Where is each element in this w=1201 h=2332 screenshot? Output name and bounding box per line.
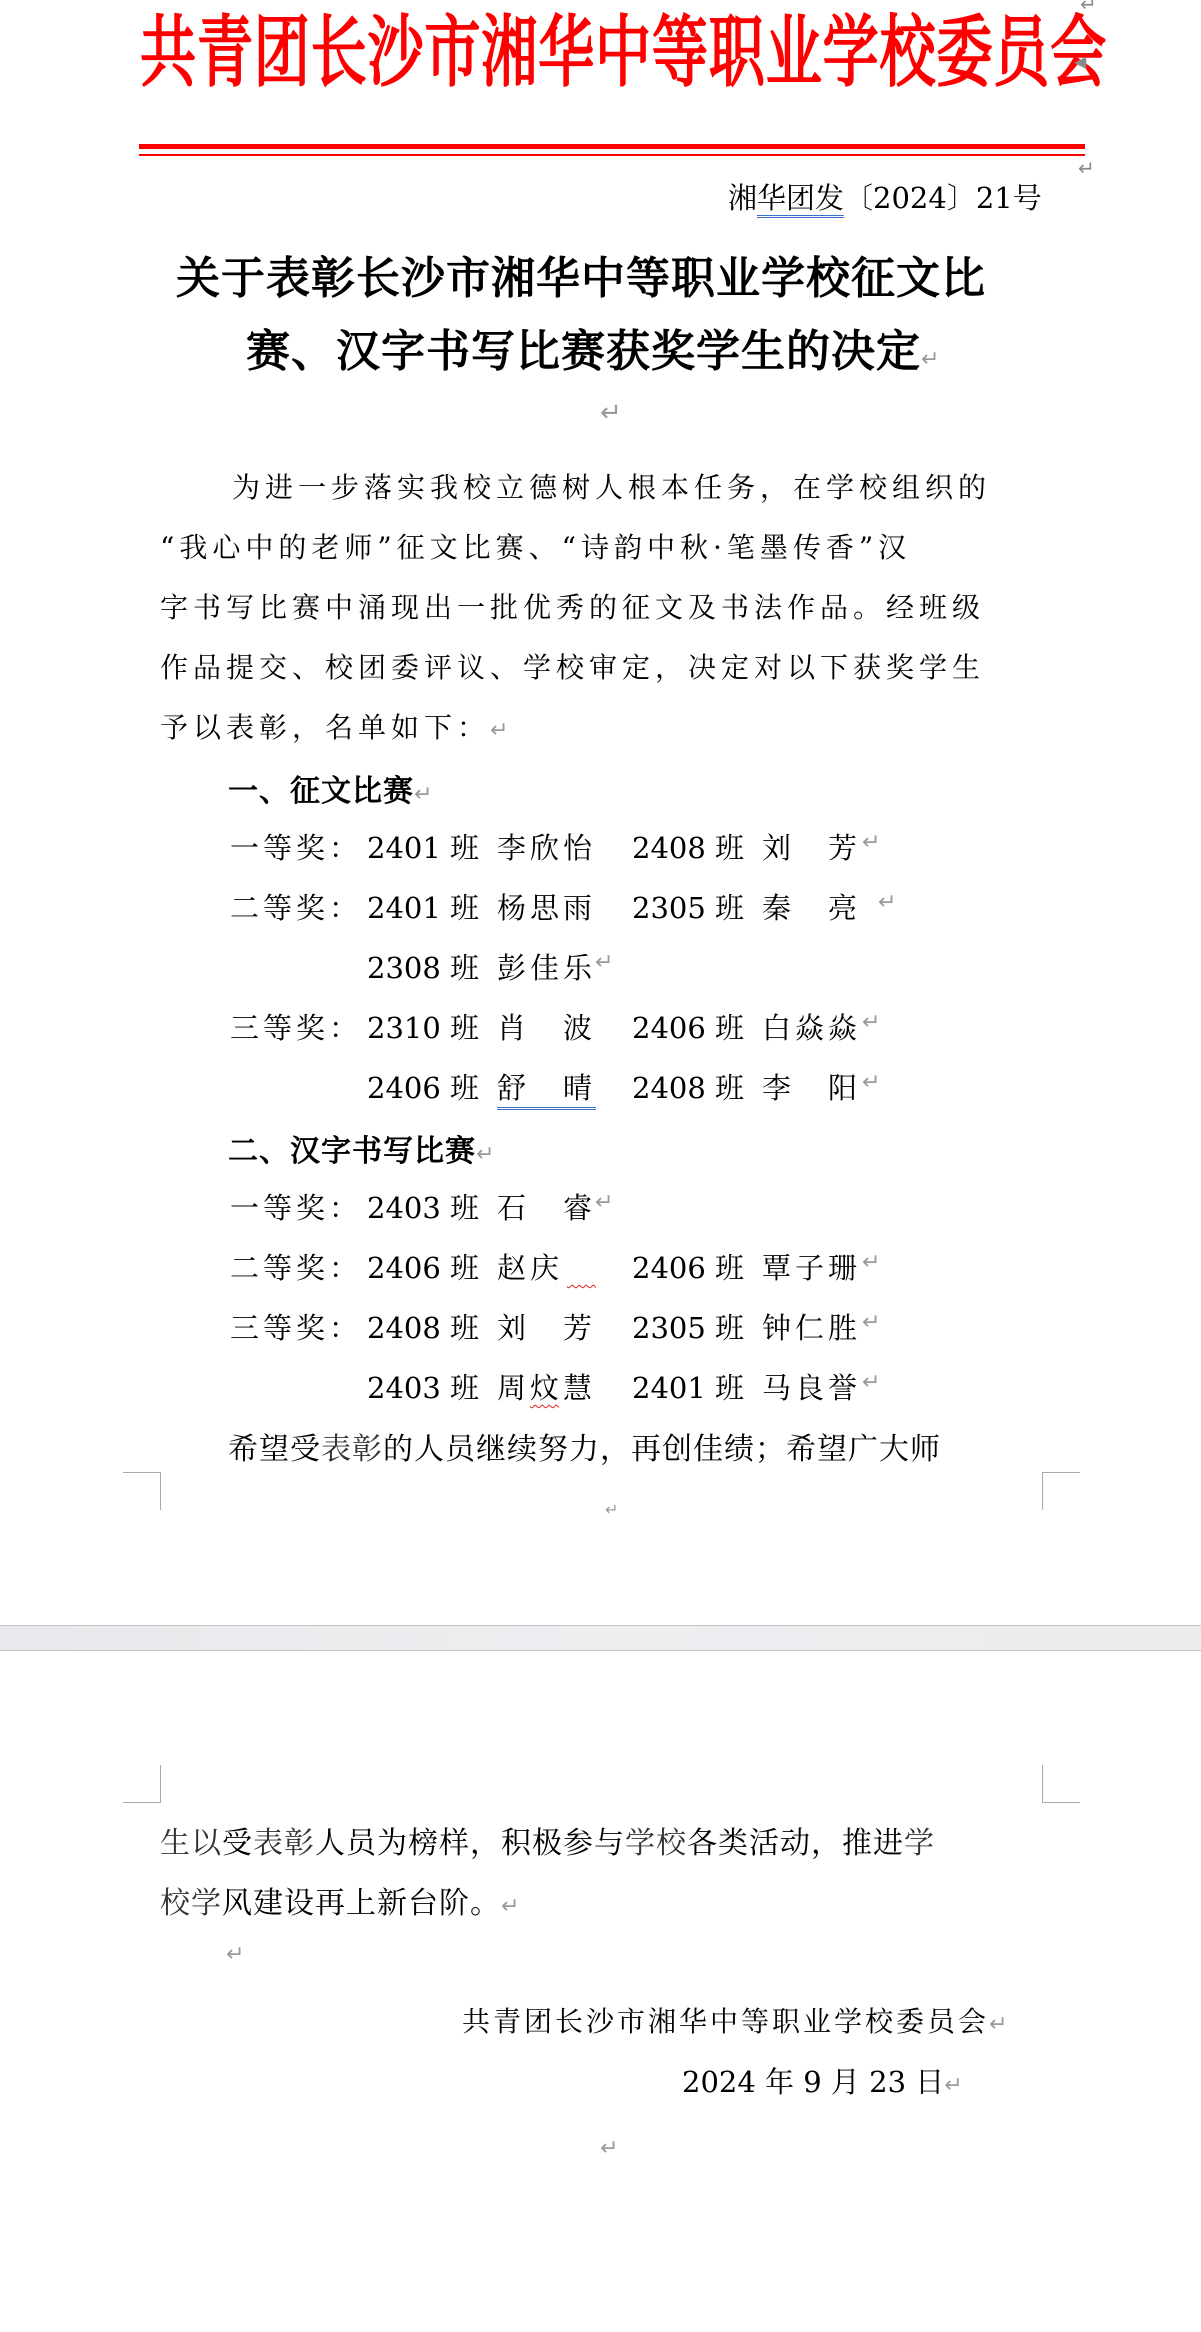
paragraph-mark-icon: ↵ [862,1010,880,1035]
award-label: 一等奖： [230,826,362,867]
award-label: 二等奖： [230,1246,362,1287]
student-name: 白焱焱 [762,1006,861,1047]
award-row: 2403 班 周炆慧 炆 2401 班 马良誉 ↵ [0,1366,1201,1406]
student-name: 刘 芳 [497,1306,596,1347]
award-row: 一等奖： 2403 班 石 睿 ↵ [0,1186,1201,1226]
spellcheck-underlined-text[interactable]: 华团发 [757,181,844,218]
student-name: 钟仁胜 [762,1306,861,1347]
paragraph-mark-icon: ↵ [600,398,622,428]
margin-corner-mark [123,1472,161,1510]
student-name: 刘 芳 [762,826,861,867]
signature-date: 2024 年 9 月 23 日↵ [682,2060,963,2101]
paragraph-mark-icon: ↵ [501,1894,519,1919]
class-label: 2308 班 [367,946,479,987]
intro-line-5: 予以表彰，名单如下：↵ [160,706,508,746]
class-label: 2403 班 [367,1366,479,1407]
award-row: 二等奖： 2401 班 杨思雨 2305 班 秦 亮 ↵ [0,886,1201,926]
margin-corner-mark [1042,1472,1080,1510]
paragraph-mark-icon: ↵ [862,1370,880,1395]
class-label: 2408 班 [367,1306,479,1347]
section-heading-calligraphy: 二、汉字书写比赛↵ [228,1126,494,1170]
award-row: 三等奖： 2310 班 肖 波 2406 班 白焱焱 ↵ [0,1006,1201,1046]
student-name: 彭佳乐 [497,946,596,987]
document-number: 湘华团发〔2024〕21号 [728,176,1042,217]
section-heading-essay: 一、征文比赛↵ [228,766,432,810]
paragraph-mark-icon: ↵ [595,1190,613,1215]
class-label: 2406 班 [632,1246,744,1287]
paragraph-mark-icon: ↵ [600,2136,618,2161]
paragraph-mark-icon: ↵ [878,890,896,915]
closing-line-2: 生以受表彰人员为榜样，积极参与学校各类活动，推进学 [160,1818,935,1862]
paragraph-mark-icon: ↵ [1078,156,1095,180]
margin-corner-mark [123,1765,161,1803]
student-name: 肖 波 [497,1006,596,1047]
paragraph-mark-icon: ↵ [862,1310,880,1335]
signature-org: 共青团长沙市湘华中等职业学校委员会↵ [462,2000,1007,2040]
letterhead-thick-rule [139,144,1085,149]
award-label: 三等奖： [230,1306,362,1347]
paragraph-mark-icon: ↵ [226,1942,244,1967]
intro-line-1: 为进一步落实我校立德树人根本任务，在学校组织的 [232,466,991,506]
student-name: 秦 亮 [762,886,861,927]
intro-line-3: 字书写比赛中涌现出一批优秀的征文及书法作品。经班级 [160,586,985,626]
spellcheck-underlined-name[interactable]: 舒 晴 [497,1066,596,1110]
letterhead-thin-rule [139,154,1085,156]
paragraph-mark-icon: ↵ [595,950,613,975]
class-label: 2406 班 [632,1006,744,1047]
class-label: 2403 班 [367,1186,479,1227]
award-label: 一等奖： [230,1186,362,1227]
student-name: 马良誉 [762,1366,861,1407]
award-row: 二等奖： 2406 班 赵庆 赵庆庆 庆 2406 班 覃子珊 ↵ [0,1246,1201,1286]
class-label: 2408 班 [632,826,744,867]
class-label: 2310 班 [367,1006,479,1047]
letterhead-org-name: 共青团长沙市湘华中等职业学校委员会 [140,14,1107,92]
student-name: 李 阳 [762,1066,861,1107]
class-label: 2406 班 [367,1246,479,1287]
page-break-gap [0,1625,1201,1651]
paragraph-mark-icon: ↵ [921,347,939,372]
class-label: 2408 班 [632,1066,744,1107]
paragraph-mark-icon: ↵ [1080,0,1097,16]
spellcheck-wavy-underline[interactable]: 炆 [530,1366,560,1407]
award-row: 三等奖： 2408 班 刘 芳 2305 班 钟仁胜 ↵ [0,1306,1201,1346]
paragraph-mark-icon: ↵ [862,830,880,855]
page-title-line-2: 赛、汉字书写比赛获奖学生的决定↵ [246,315,939,379]
paragraph-mark-icon: ↵ [414,782,432,807]
arrow-left-icon: ◀ [1074,52,1086,71]
page-title-line-1: 关于表彰长沙市湘华中等职业学校征文比 [176,242,986,306]
margin-corner-mark [1042,1765,1080,1803]
student-name: 石 睿 [497,1186,596,1227]
student-name: 李欣怡 [497,826,596,867]
class-label: 2406 班 [367,1066,479,1107]
class-label: 2305 班 [632,886,744,927]
paragraph-mark-icon: ↵ [862,1250,880,1275]
student-name: 覃子珊 [762,1246,861,1287]
class-label: 2401 班 [632,1366,744,1407]
paragraph-mark-icon: ↵ [989,2012,1007,2037]
intro-line-2: “我心中的老师”征文比赛、“诗韵中秋·笔墨传香”汉 [160,526,911,566]
award-label: 二等奖： [230,886,362,927]
class-label: 2305 班 [632,1306,744,1347]
paragraph-mark-icon: ↵ [476,1142,494,1167]
award-row: 2308 班 彭佳乐 ↵ [0,946,1201,986]
closing-line-3: 校学风建设再上新台阶。↵ [160,1878,519,1922]
class-label: 2401 班 [367,886,479,927]
class-label: 2401 班 [367,826,479,867]
paragraph-mark-icon: ↵ [944,2073,962,2098]
award-label: 三等奖： [230,1006,362,1047]
paragraph-mark-icon: ↵ [490,718,508,743]
spellcheck-wavy-underline[interactable]: 庆 [567,1246,597,1287]
closing-line-1: 希望受表彰的人员继续努力，再创佳绩；希望广大师 [228,1424,941,1468]
award-row: 2406 班 舒 晴 2408 班 李 阳 ↵ [0,1066,1201,1106]
paragraph-mark-icon: ↵ [605,1500,618,1519]
award-row: 一等奖： 2401 班 李欣怡 2408 班 刘 芳 ↵ [0,826,1201,866]
student-name: 杨思雨 [497,886,596,927]
paragraph-mark-icon: ↵ [862,1070,880,1095]
intro-line-4: 作品提交、校团委评议、学校审定，决定对以下获奖学生 [160,646,985,686]
